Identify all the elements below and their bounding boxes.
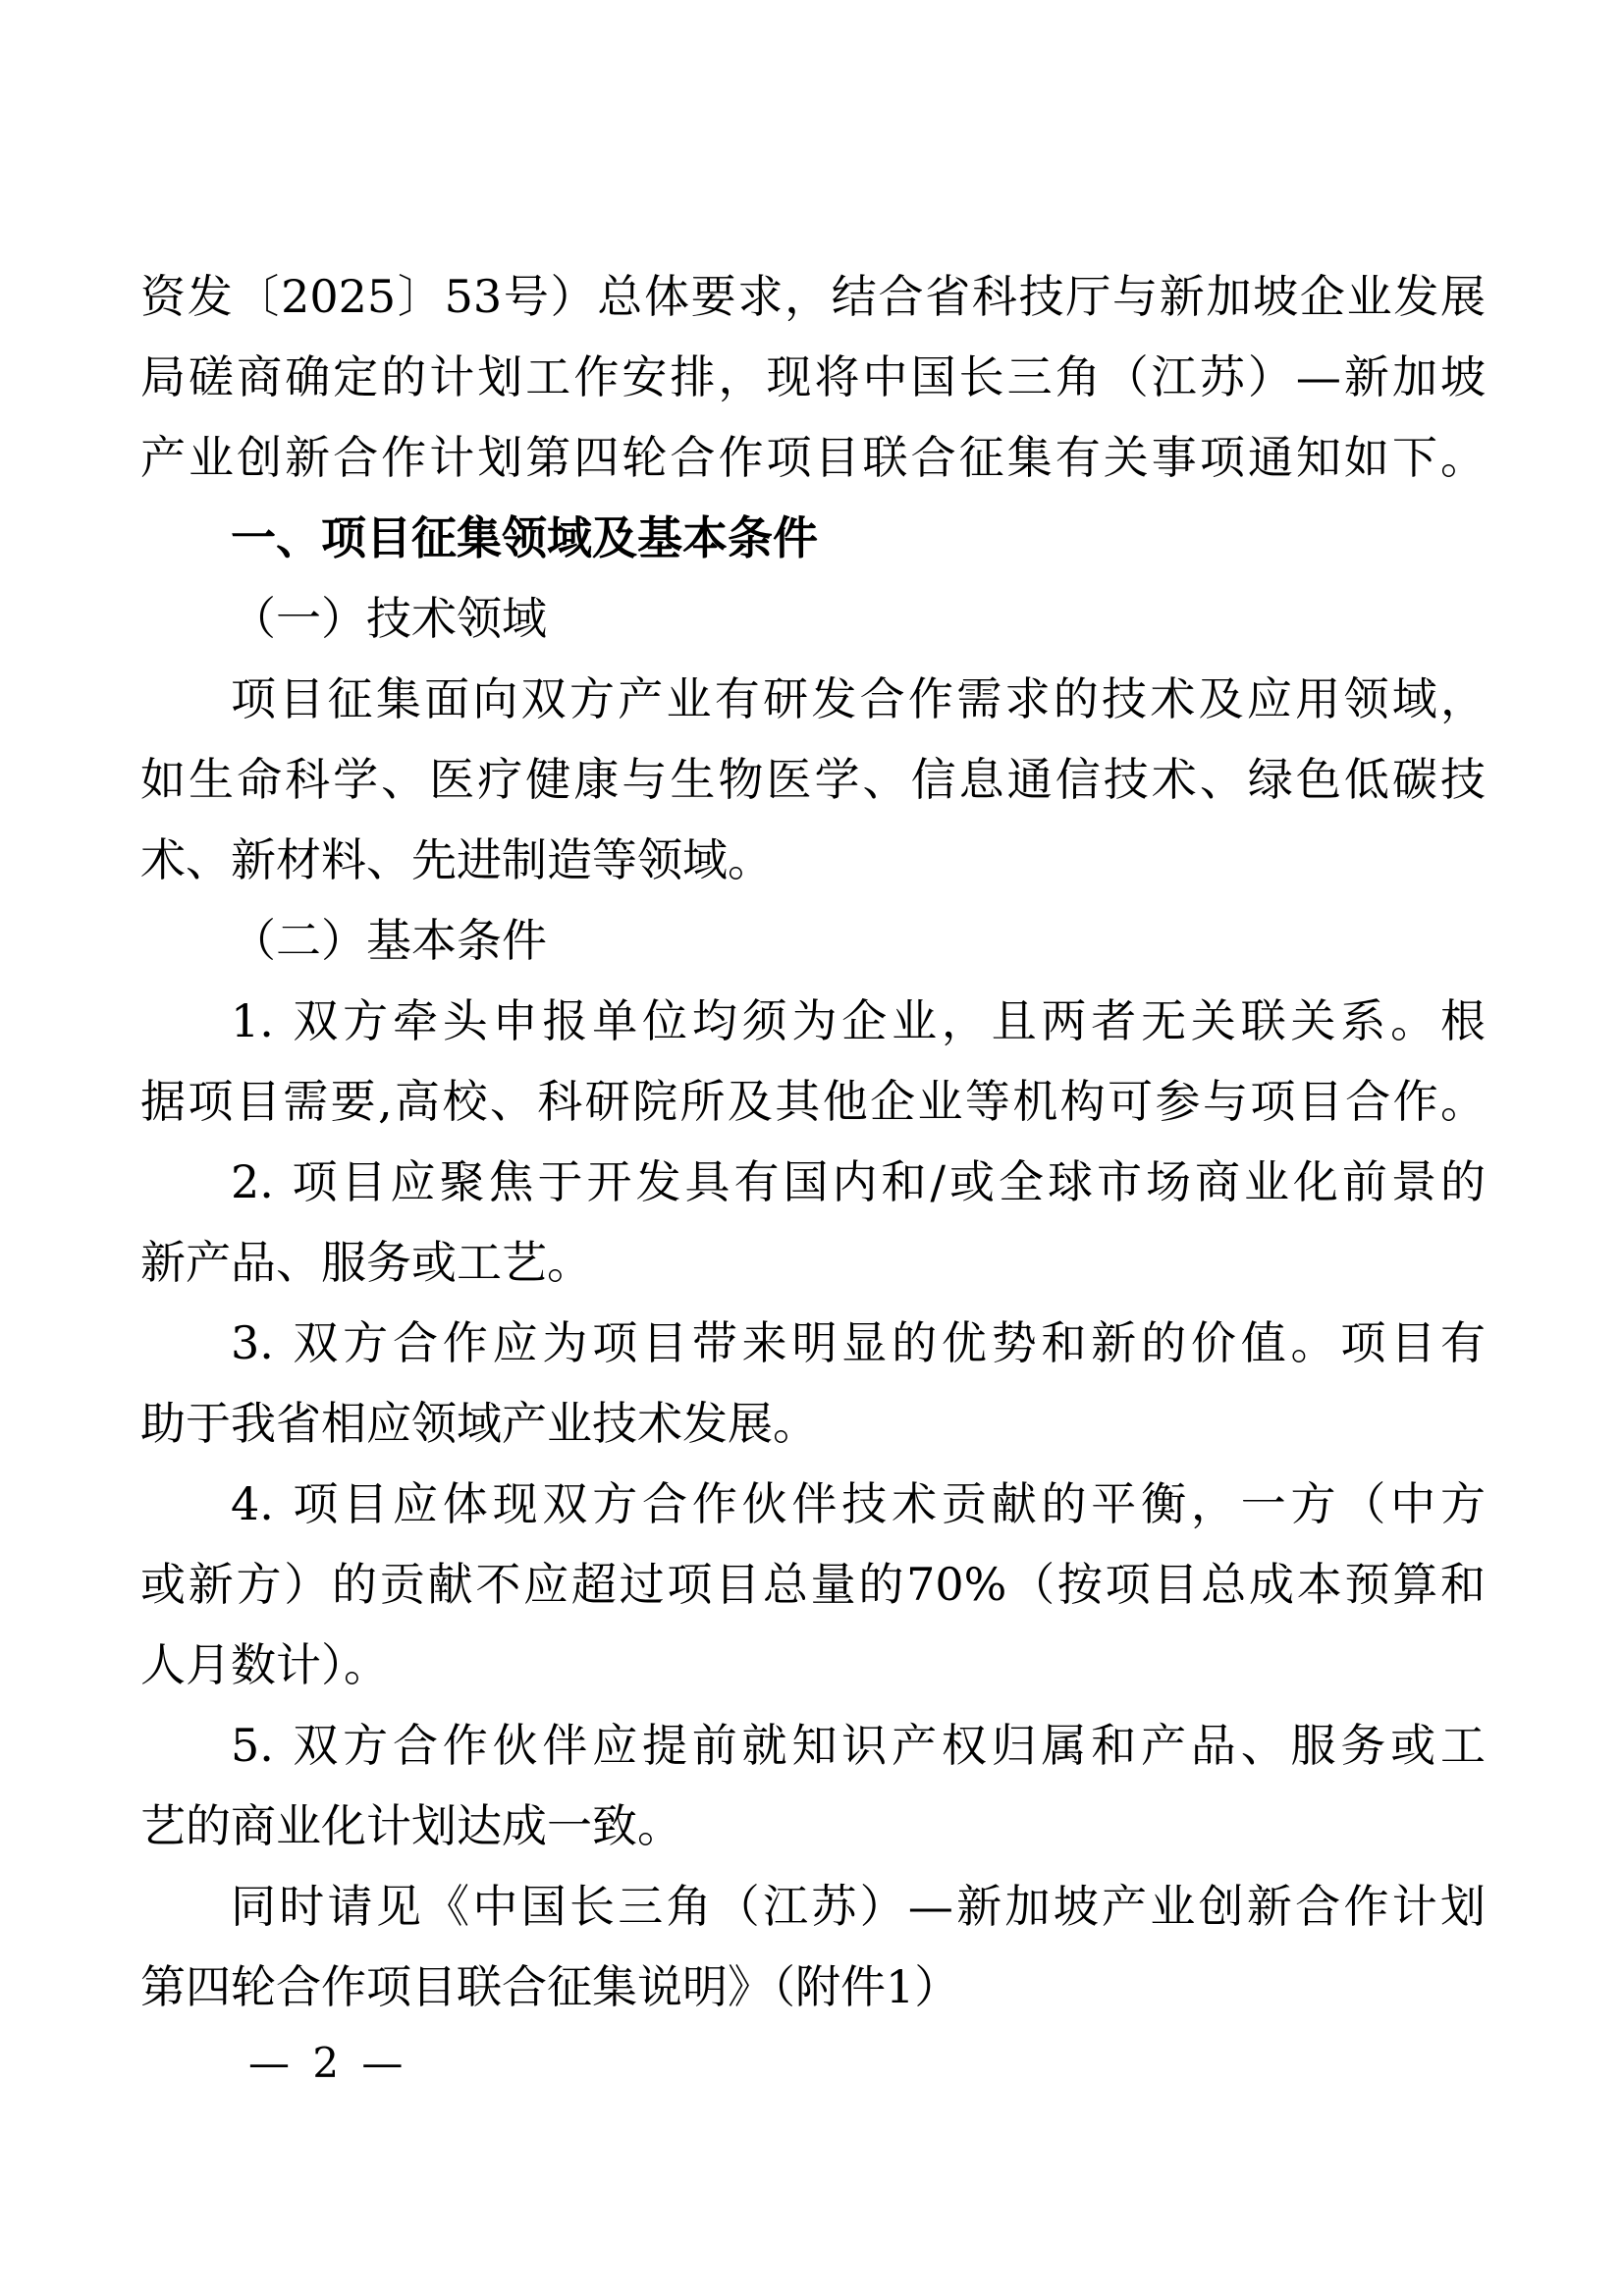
text-line: 1. 双方牵头申报单位均须为企业，且两者无关联关系。根 [140,981,1486,1061]
text-line: 局磋商确定的计划工作安排，现将中国长三角（江苏）—新加坡 [140,337,1486,417]
text-line: 项目征集面向双方产业有研发合作需求的技术及应用领域， [140,659,1486,739]
text-line: 如生命科学、医疗健康与生物医学、信息通信技术、绿色低碳技 [140,739,1486,820]
text-line: 资发〔2025〕53号）总体要求，结合省科技厅与新加坡企业发展 [140,256,1486,337]
text-line: 术、新材料、先进制造等领域。 [140,820,1486,900]
sub-heading: （二）基本条件 [140,900,1486,981]
text-line: 新产品、服务或工艺。 [140,1222,1486,1303]
document-page: 资发〔2025〕53号）总体要求，结合省科技厅与新加坡企业发展局磋商确定的计划工… [0,0,1623,2296]
text-line: 产业创新合作计划第四轮合作项目联合征集有关事项通知如下。 [140,417,1486,498]
section-heading: 一、项目征集领域及基本条件 [140,498,1486,578]
text-line: 同时请见《中国长三角（江苏）—新加坡产业创新合作计划 [140,1866,1486,1947]
text-line: 人月数计）。 [140,1625,1486,1705]
text-line: 或新方）的贡献不应超过项目总量的70%（按项目总成本预算和 [140,1544,1486,1625]
page-number: — 2 — [248,2039,403,2087]
page-footer: — 2 — [248,2034,403,2093]
document-body: 资发〔2025〕53号）总体要求，结合省科技厅与新加坡企业发展局磋商确定的计划工… [140,256,1486,2027]
text-line: 2. 项目应聚焦于开发具有国内和/或全球市场商业化前景的 [140,1142,1486,1222]
text-line: 4. 项目应体现双方合作伙伴技术贡献的平衡，一方（中方 [140,1464,1486,1544]
text-line: 艺的商业化计划达成一致。 [140,1786,1486,1866]
text-line: 3. 双方合作应为项目带来明显的优势和新的价值。项目有 [140,1303,1486,1383]
text-line: 助于我省相应领域产业技术发展。 [140,1383,1486,1464]
text-line: 据项目需要,高校、科研院所及其他企业等机构可参与项目合作。 [140,1061,1486,1142]
text-line: 5. 双方合作伙伴应提前就知识产权归属和产品、服务或工 [140,1705,1486,1786]
text-line: 第四轮合作项目联合征集说明》（附件1） [140,1947,1486,2027]
sub-heading: （一）技术领域 [140,578,1486,659]
